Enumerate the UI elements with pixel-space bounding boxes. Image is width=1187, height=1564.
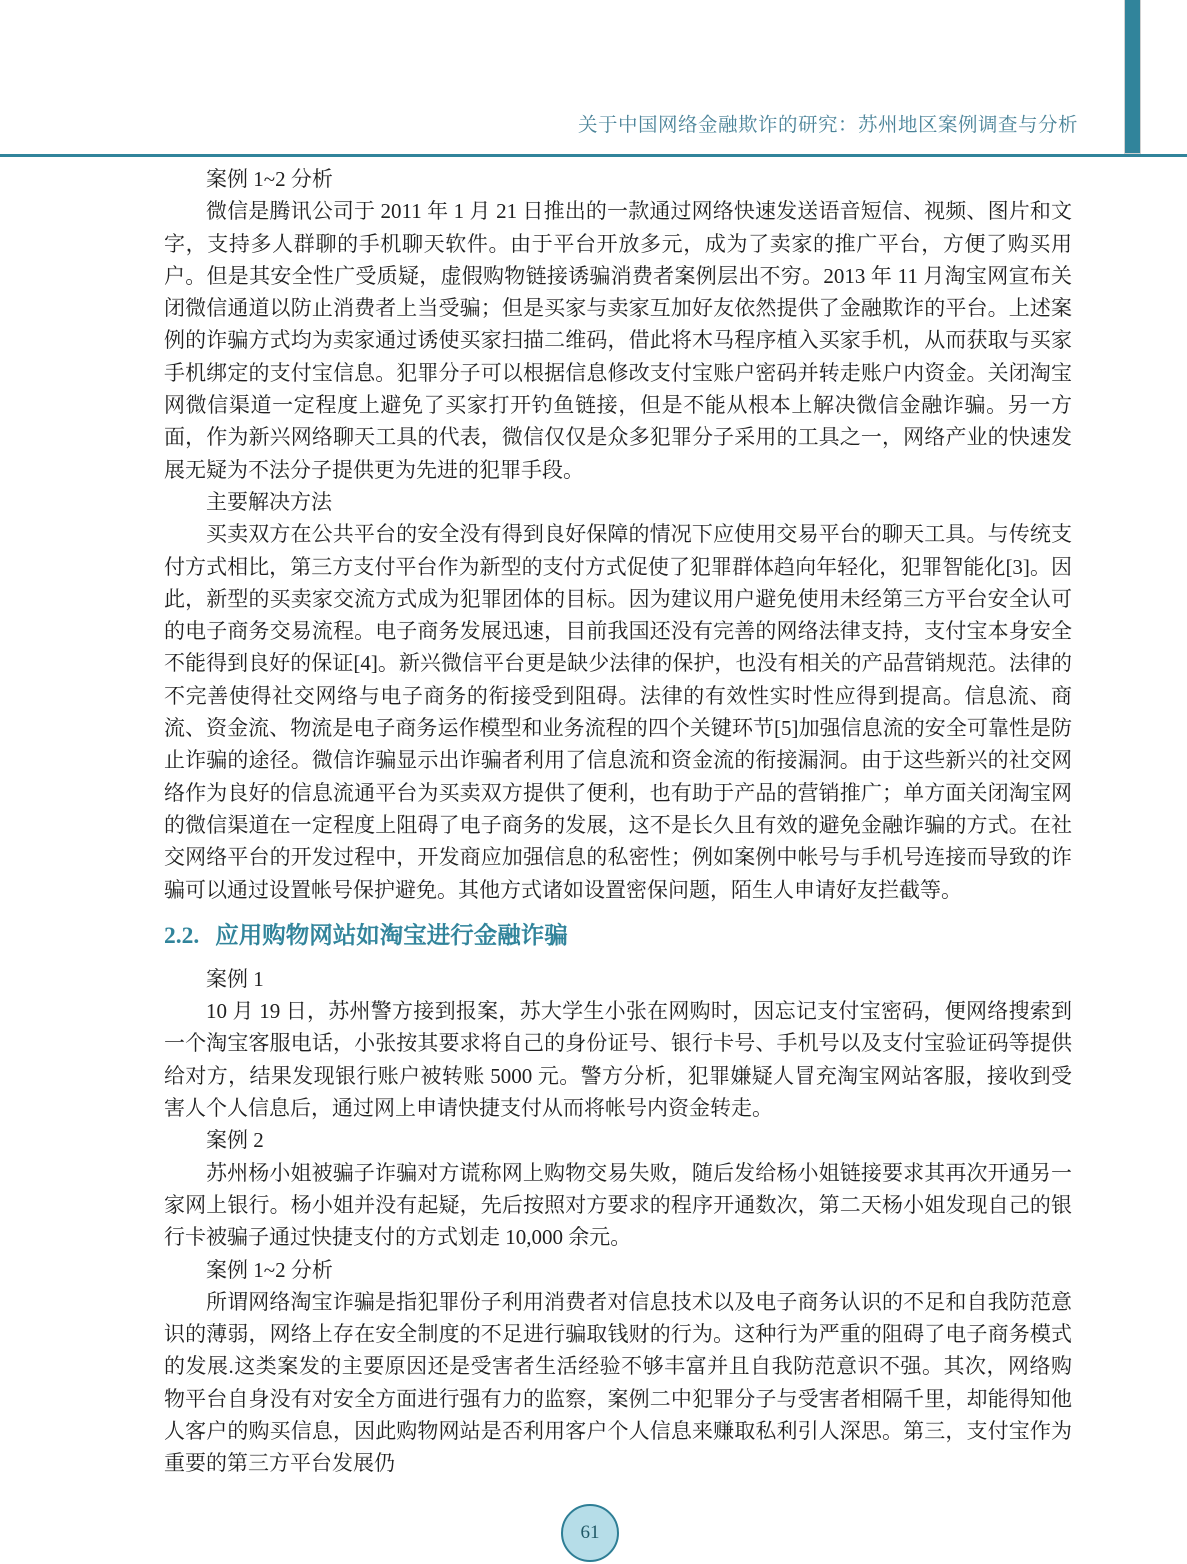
accent-vertical-bar [1125, 0, 1140, 153]
paragraph: 买卖双方在公共平台的安全没有得到良好保障的情况下应使用交易平台的聊天工具。与传统… [164, 518, 1072, 906]
paragraph: 案例 2 [164, 1124, 1072, 1156]
paragraph: 案例 1~2 分析 [164, 163, 1072, 195]
page-body-text: 案例 1~2 分析微信是腾讯公司于 2011 年 1 月 21 日推出的一款通过… [164, 163, 1072, 1480]
paragraph: 苏州杨小姐被骗子诈骗对方谎称网上购物交易失败，随后发给杨小姐链接要求其再次开通另… [164, 1157, 1072, 1254]
section-title: 应用购物网站如淘宝进行金融诈骗 [215, 922, 568, 948]
section-heading: 2.2.应用购物网站如淘宝进行金融诈骗 [164, 920, 1072, 952]
paragraph: 所谓网络淘宝诈骗是指犯罪份子利用消费者对信息技术以及电子商务认识的不足和自我防范… [164, 1286, 1072, 1480]
paragraph: 案例 1~2 分析 [164, 1254, 1072, 1286]
paragraph: 微信是腾讯公司于 2011 年 1 月 21 日推出的一款通过网络快速发送语音短… [164, 195, 1072, 486]
page-number-badge: 61 [561, 1504, 619, 1562]
section-number: 2.2. [164, 923, 199, 949]
running-header-title: 关于中国网络金融欺诈的研究：苏州地区案例调查与分析 [578, 109, 1078, 137]
page-number: 61 [581, 1522, 600, 1544]
header-divider-line [0, 154, 1187, 157]
paragraph: 案例 1 [164, 963, 1072, 995]
paragraph: 10 月 19 日，苏州警方接到报案，苏大学生小张在网购时，因忘记支付宝密码，便… [164, 995, 1072, 1124]
paragraph: 主要解决方法 [164, 486, 1072, 518]
